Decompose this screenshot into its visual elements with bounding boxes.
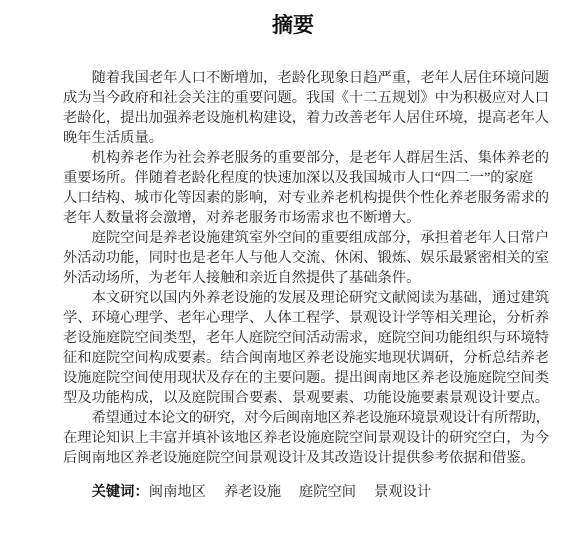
text-line: 庭院空间是养老设施建筑室外空间的重要组成部分，承担着老年人日常户 (63, 228, 550, 248)
keywords-label: 关键词： (92, 484, 149, 500)
keyword-item: 景观设计 (374, 484, 431, 500)
text-line: 人口结构、城市化等因素的影响，对专业养老机构提供个性化养老服务需求的 (63, 188, 550, 208)
text-line: 后闽南地区养老设施庭院空间景观设计及其改造设计提供参考依据和借鉴。 (63, 448, 550, 468)
text-line: 本文研究以国内外养老设施的发展及理论研究文献阅读为基础，通过建筑 (63, 288, 550, 308)
text-line: 晚年生活质量。 (63, 128, 550, 148)
text-line: 机构养老作为社会养老服务的重要部分，是老年人群居生活、集体养老的 (63, 148, 550, 168)
abstract-paragraph: 机构养老作为社会养老服务的重要部分，是老年人群居生活、集体养老的 重要场所。伴随… (63, 148, 550, 228)
text-line: 随着我国老年人口不断增加，老龄化现象日趋严重，老年人居住环境问题 (63, 68, 550, 88)
text-line: 学、环境心理学、老年心理学、人体工程学、景观设计学等相关理论，分析养 (63, 308, 550, 328)
text-line: 外活动场所，为老年人接触和亲近自然提供了基础条件。 (63, 268, 550, 288)
text-line: 型及功能构成，以及庭院围合要素、景观要素、功能设施要素景观设计要点。 (63, 388, 550, 408)
keyword-item: 养老设施 (224, 484, 281, 500)
page-title: 摘要 (0, 13, 586, 39)
abstract-paragraph: 庭院空间是养老设施建筑室外空间的重要组成部分，承担着老年人日常户 外活动功能，同… (63, 228, 550, 288)
keyword-item: 庭院空间 (299, 484, 356, 500)
keywords-row: 关键词：闽南地区 养老设施 庭院空间 景观设计 (63, 482, 550, 502)
text-line: 在理论知识上丰富并填补该地区养老设施庭院空间景观设计的研究空白，为今 (63, 428, 550, 448)
text-line: 成为当今政府和社会关注的重要问题。我国《十二五规划》中为积极应对人口 (63, 88, 550, 108)
abstract-paragraph: 希望通过本论文的研究，对今后闽南地区养老设施环境景观设计有所帮助， 在理论知识上… (63, 408, 550, 468)
abstract-body: 随着我国老年人口不断增加，老龄化现象日趋严重，老年人居住环境问题 成为当今政府和… (63, 68, 550, 502)
text-line: 征和庭院空间构成要素。结合闽南地区养老设施实地现状调研，分析总结养老 (63, 348, 550, 368)
abstract-paragraph: 本文研究以国内外养老设施的发展及理论研究文献阅读为基础，通过建筑 学、环境心理学… (63, 288, 550, 408)
abstract-page: 摘要 随着我国老年人口不断增加，老龄化现象日趋严重，老年人居住环境问题 成为当今… (0, 0, 586, 547)
text-line: 老设施庭院空间类型，老年人庭院空间活动需求，庭院空间功能组织与环境特 (63, 328, 550, 348)
abstract-paragraph: 随着我国老年人口不断增加，老龄化现象日趋严重，老年人居住环境问题 成为当今政府和… (63, 68, 550, 148)
text-line: 重要场所。伴随着老龄化程度的快速加深以及我国城市人口“四二一”的家庭 (63, 168, 550, 188)
text-line: 外活动功能，同时也是老年人与他人交流、休闲、锻炼、娱乐最紧密相关的室 (63, 248, 550, 268)
text-line: 老年人数量将会激增，对养老服务市场需求也不断增大。 (63, 208, 550, 228)
text-line: 希望通过本论文的研究，对今后闽南地区养老设施环境景观设计有所帮助， (63, 408, 550, 428)
keyword-item: 闽南地区 (149, 484, 206, 500)
text-line: 老龄化，提出加强养老设施机构建设，着力改善老年人居住环境，提高老年人 (63, 108, 550, 128)
text-line: 设施庭院空间使用现状及存在的主要问题。提出闽南地区养老设施庭院空间类 (63, 368, 550, 388)
